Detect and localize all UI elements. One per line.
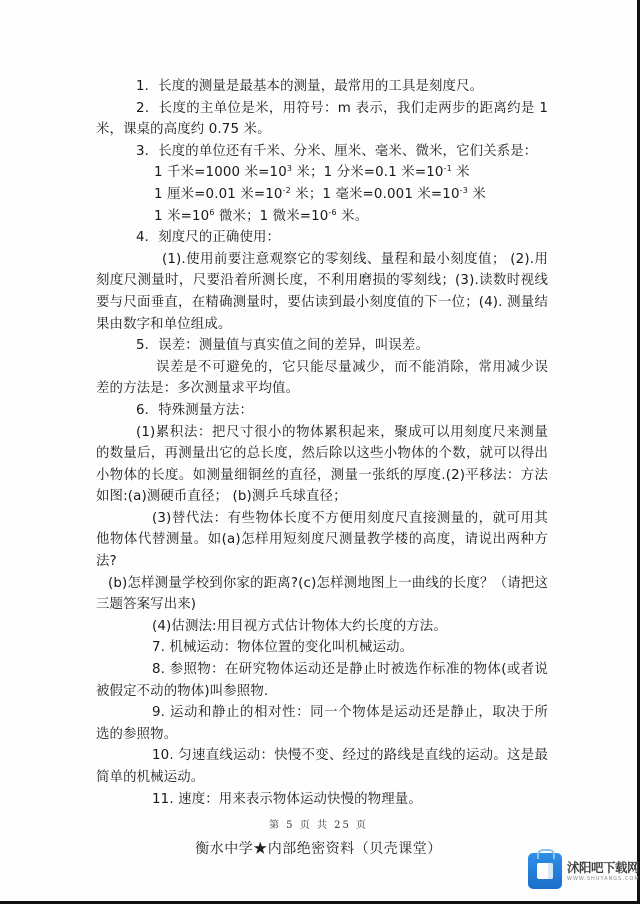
shopping-bag-cube-icon xyxy=(528,853,562,889)
eq-text: 米。 xyxy=(337,209,369,224)
exponent: -3 xyxy=(460,186,468,195)
document-body: 1．长度的测量是最基本的测量，最常用的工具是刻度尺。 2．长度的主单位是米，用符… xyxy=(96,76,548,810)
item-6-substitution-questions: (b)怎样测量学校到你家的距离?(c)怎样测地图上一曲线的长度？（请把这三题答案… xyxy=(96,573,548,616)
unit-equation-2: 1 厘米=0.01 米=10-2 米；1 毫米=0.001 米=10-3 米 xyxy=(96,184,548,206)
item-1: 1．长度的测量是最基本的测量，最常用的工具是刻度尺。 xyxy=(96,76,548,98)
exponent: -1 xyxy=(444,164,452,173)
exponent: -2 xyxy=(283,186,291,195)
page-indicator: 第 5 页 共 25 页 xyxy=(0,816,637,831)
eq-text: 米 xyxy=(452,165,470,180)
item-4: 4．刻度尺的正确使用： xyxy=(96,227,548,249)
eq-text: 微米；1 微米=10 xyxy=(215,209,329,224)
item-2: 2．长度的主单位是米，用符号：m 表示，我们走两步的距离约是 1 米，课桌的高度… xyxy=(96,98,548,141)
watermark-logo: 沭阳吧下载网 WWW.SHUYANGS.COM xyxy=(528,851,636,891)
eq-text: 米；1 毫米=0.001 米=10 xyxy=(291,187,460,202)
item-6-accumulation: (1)累积法：把尺寸很小的物体累积起来，聚成可以用刻度尺来测量的数量后，再测量出… xyxy=(96,422,548,508)
cube-shape xyxy=(537,863,553,879)
item-6-estimation: (4)估测法:用目视方式估计物体大约长度的方法。 xyxy=(96,616,548,638)
item-9: 9. 运动和静止的相对性：同一个物体是运动还是静止，取决于所选的参照物。 xyxy=(96,702,548,745)
item-8: 8. 参照物：在研究物体运动还是静止时被选作标准的物体(或者说被假定不动的物体)… xyxy=(96,659,548,702)
unit-equation-1: 1 千米=1000 米=103 米；1 分米=0.1 米=10-1 米 xyxy=(96,162,548,184)
eq-text: 米；1 分米=0.1 米=10 xyxy=(292,165,443,180)
watermark-text: 沭阳吧下载网 WWW.SHUYANGS.COM xyxy=(567,860,640,883)
exponent: -6 xyxy=(328,208,336,217)
document-page: 1．长度的测量是最基本的测量，最常用的工具是刻度尺。 2．长度的主单位是米，用符… xyxy=(0,0,640,904)
item-4-body: (1).使用前要注意观察它的零刻线、量程和最小刻度值； (2).用刻度尺测量时，… xyxy=(96,249,548,335)
item-7: 7. 机械运动：物体位置的变化叫机械运动。 xyxy=(96,637,548,659)
eq-text: 1 千米=1000 米=10 xyxy=(154,165,287,180)
item-6-substitution: (3)替代法：有些物体长度不方便用刻度尺直接测量的，就可用其他物体代替测量。如(… xyxy=(96,508,548,573)
eq-text: 1 厘米=0.01 米=10 xyxy=(154,187,283,202)
item-3: 3．长度的单位还有千米、分米、厘米、毫米、微米，它们关系是： xyxy=(96,141,548,163)
item-5: 5．误差：测量值与真实值之间的差异，叫误差。 xyxy=(96,335,548,357)
watermark-name: 沭阳吧下载网 xyxy=(567,860,640,875)
watermark-url: WWW.SHUYANGS.COM xyxy=(567,875,640,883)
bag-handle xyxy=(537,849,555,859)
item-6: 6．特殊测量方法： xyxy=(96,400,548,422)
eq-text: 米 xyxy=(468,187,486,202)
item-11: 11. 速度：用来表示物体运动快慢的物理量。 xyxy=(96,789,548,811)
item-10: 10. 匀速直线运动：快慢不变、经过的路线是直线的运动。这是最简单的机械运动。 xyxy=(96,745,548,788)
unit-equation-3: 1 米=106 微米；1 微米=10-6 米。 xyxy=(96,206,548,228)
eq-text: 1 米=10 xyxy=(154,209,209,224)
item-5-body: 误差是不可避免的，它只能尽量减少，而不能消除，常用减少误差的方法是：多次测量求平… xyxy=(96,357,548,400)
